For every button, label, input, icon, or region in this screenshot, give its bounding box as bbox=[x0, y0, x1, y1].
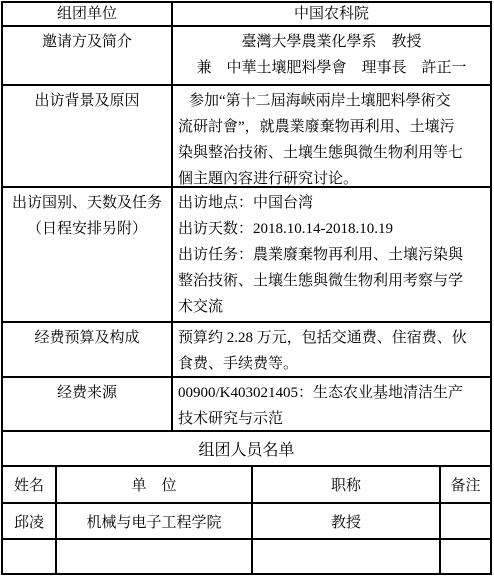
visit-details-label: 出访国别、天数及任务 （日程安排另附） bbox=[3, 188, 173, 321]
organizing-unit-label-text: 组团单位 bbox=[3, 5, 171, 24]
funding-source-line-2: 技术研究与示范 bbox=[178, 406, 486, 430]
row-roster-title: 组团人员名单 bbox=[3, 432, 490, 467]
inviting-party-label: 邀请方及简介 bbox=[3, 27, 173, 84]
visit-dates-line: 出访天数：2018.10.14-2018.10.19 bbox=[178, 216, 486, 242]
visit-background-line-2: 流研討會”，就農業廢棄物再利用、土壤污 bbox=[178, 114, 486, 140]
roster-member-unit: 机械与电子工程学院 bbox=[57, 504, 253, 538]
organizing-unit-value: 中国农科院 bbox=[173, 3, 490, 25]
funding-source-label-text: 经费来源 bbox=[3, 380, 171, 406]
visit-background-line-4: 個主題內容进行研究讨论。 bbox=[178, 166, 486, 186]
roster-member-name: 邱凌 bbox=[3, 504, 57, 538]
roster-header-unit: 单 位 bbox=[57, 467, 253, 502]
organizing-unit-label: 组团单位 bbox=[3, 3, 173, 25]
roster-empty-remark bbox=[441, 540, 490, 573]
funding-source-line-1: 00900/K403021405：生态农业基地清洁生产 bbox=[178, 380, 486, 406]
row-visit-background: 出访背景及原因 参加“第十二屆海峽兩岸土壤肥料學術交 流研討會”，就農業廢棄物再… bbox=[3, 86, 490, 188]
inviting-party-line-2: 兼 中華土壤肥料學會 理事長 許正一 bbox=[177, 55, 486, 81]
visit-details-label-line-1: 出访国别、天数及任务 bbox=[3, 190, 171, 216]
funding-source-label: 经费来源 bbox=[3, 378, 173, 430]
inviting-party-label-text: 邀请方及简介 bbox=[3, 29, 171, 55]
row-organizing-unit: 组团单位 中国农科院 bbox=[3, 3, 490, 27]
budget-line-2: 食费、手续费等。 bbox=[178, 351, 486, 376]
roster-header-remark: 备注 bbox=[441, 467, 490, 502]
visit-tasks-line-1: 出访任务：農業廢棄物再利用、土壤污染與 bbox=[178, 242, 486, 268]
visit-details-label-line-2: （日程安排另附） bbox=[3, 216, 171, 242]
visit-background-label-text: 出访背景及原因 bbox=[3, 88, 171, 114]
roster-member-row: 邱凌 机械与电子工程学院 教授 bbox=[3, 504, 490, 540]
roster-title: 组团人员名单 bbox=[3, 432, 490, 465]
visit-background-line-3: 染與整治技術、土壤生態與微生物利用等七 bbox=[178, 140, 486, 166]
inviting-party-line-1: 臺灣大學農業化學系 教授 bbox=[177, 29, 486, 55]
visit-tasks-line-2: 整治技術、土壤生態與微生物利用考察与学 bbox=[178, 268, 486, 294]
row-budget: 经费预算及构成 预算约 2.28 万元，包括交通费、住宿费、伙 食费、手续费等。 bbox=[3, 323, 490, 378]
funding-source-value: 00900/K403021405：生态农业基地清洁生产 技术研究与示范 bbox=[173, 378, 490, 430]
budget-label: 经费预算及构成 bbox=[3, 323, 173, 376]
row-inviting-party: 邀请方及简介 臺灣大學農業化學系 教授 兼 中華土壤肥料學會 理事長 許正一 bbox=[3, 27, 490, 86]
roster-empty-title bbox=[253, 540, 441, 573]
visit-destination-line: 出访地点：中国台湾 bbox=[178, 190, 486, 216]
visit-details-value: 出访地点：中国台湾 出访天数：2018.10.14-2018.10.19 出访任… bbox=[173, 188, 490, 321]
roster-empty-unit bbox=[57, 540, 253, 573]
row-funding-source: 经费来源 00900/K403021405：生态农业基地清洁生产 技术研究与示范 bbox=[3, 378, 490, 432]
visit-background-label: 出访背景及原因 bbox=[3, 86, 173, 186]
visit-background-value: 参加“第十二屆海峽兩岸土壤肥料學術交 流研討會”，就農業廢棄物再利用、土壤污 染… bbox=[173, 86, 490, 186]
delegation-form-table: 组团单位 中国农科院 邀请方及简介 臺灣大學農業化學系 教授 兼 中華土壤肥料學… bbox=[1, 1, 492, 575]
budget-value: 预算约 2.28 万元，包括交通费、住宿费、伙 食费、手续费等。 bbox=[173, 323, 490, 376]
roster-member-title: 教授 bbox=[253, 504, 441, 538]
visit-tasks-line-3: 术交流 bbox=[178, 294, 486, 320]
roster-header-row: 姓名 单 位 职称 备注 bbox=[3, 467, 490, 504]
roster-header-title: 职称 bbox=[253, 467, 441, 502]
roster-empty-name bbox=[3, 540, 57, 573]
organizing-unit-value-text: 中国农科院 bbox=[177, 5, 486, 24]
visit-background-line-1: 参加“第十二屆海峽兩岸土壤肥料學術交 bbox=[178, 88, 486, 114]
roster-header-name: 姓名 bbox=[3, 467, 57, 502]
roster-empty-row bbox=[3, 540, 490, 573]
inviting-party-value: 臺灣大學農業化學系 教授 兼 中華土壤肥料學會 理事長 許正一 bbox=[173, 27, 490, 84]
roster-member-remark bbox=[441, 504, 490, 538]
row-visit-details: 出访国别、天数及任务 （日程安排另附） 出访地点：中国台湾 出访天数：2018.… bbox=[3, 188, 490, 323]
budget-line-1: 预算约 2.28 万元，包括交通费、住宿费、伙 bbox=[178, 325, 486, 351]
budget-label-text: 经费预算及构成 bbox=[3, 325, 171, 351]
